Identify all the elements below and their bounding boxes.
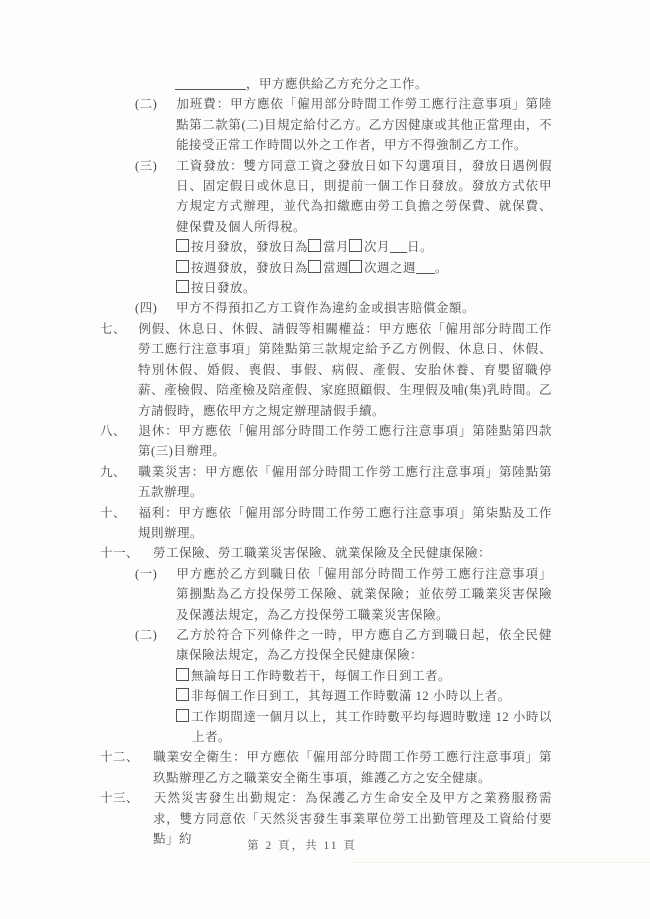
scan-artifact-line	[350, 862, 650, 863]
text-run: 加班費：甲方應依「僱用部分時間工作勞工應行注意事項」第陸點第二款第(二)目規定給…	[176, 97, 552, 152]
clause-no-wage-deduction: (四)甲方不得預扣乙方工資作為違約金或損害賠償金額。	[100, 298, 552, 318]
checkbox-icon	[349, 239, 362, 252]
option-daily-payment: 按日發放。	[100, 278, 552, 298]
checkbox-icon	[176, 239, 189, 252]
item-number-label: 九、	[100, 462, 138, 482]
scanned-contract-page: ，甲方應供給乙方充分之工作。(二)加班費：甲方應依「僱用部分時間工作勞工應行注意…	[0, 0, 650, 919]
text-run: 勞工保險、勞工職業災害保險、就業保險及全民健康保險：	[153, 546, 491, 560]
item-number-label: 七、	[100, 319, 138, 339]
clause-wage-payment: (三)工資發放：雙方同意工資之發放日如下勾選項目，發放日遇例假日、固定假日或休息…	[100, 156, 552, 238]
option-monthly-payment: 按月發放，發放日為當月次月日。	[100, 237, 552, 257]
item-number-label: 十二、	[100, 747, 153, 767]
fill-in-blank	[175, 77, 246, 90]
text-run: 日。	[407, 240, 433, 254]
checkbox-icon	[176, 280, 189, 293]
article-8-retirement: 八、退休：甲方應依「僱用部分時間工作勞工應行注意事項」第陸點第四款第(三)目辦理…	[100, 421, 552, 462]
text-run: 甲方不得預扣乙方工資作為違約金或損害賠償金額。	[176, 301, 475, 315]
item-number-label: (一)	[135, 564, 176, 584]
contract-body: ，甲方應供給乙方充分之工作。(二)加班費：甲方應依「僱用部分時間工作勞工應行注意…	[100, 74, 552, 849]
option-every-workday: 無論每日工作時數若干，每個工作日到工者。	[100, 666, 552, 686]
text-run: 例假、休息日、休假、請假等相關權益：甲方應依「僱用部分時間工作勞工應行注意事項」…	[138, 322, 552, 418]
text-run: 次月	[364, 240, 390, 254]
checkbox-icon	[349, 260, 362, 273]
text-run: 甲方應於乙方到職日依「僱用部分時間工作勞工應行注意事項」第捌點為乙方投保勞工保險…	[176, 567, 552, 622]
item-number-label: 十三、	[100, 788, 153, 808]
text-run: 按週發放，發放日為	[191, 261, 308, 275]
option-one-month-average: 工作期間達一個月以上，其工作時數平均每週時數達 12 小時以上者。	[100, 707, 552, 748]
checkbox-icon	[176, 688, 189, 701]
text-run: 工資發放：雙方同意工資之發放日如下勾選項目，發放日遇例假日、固定假日或休息日，則…	[176, 159, 552, 234]
item-number-label: (三)	[135, 156, 176, 176]
text-run: 次週之週	[364, 261, 416, 275]
text-run: 按月發放，發放日為	[191, 240, 308, 254]
text-run: ，甲方應供給乙方充分之工作。	[246, 77, 428, 91]
checkbox-icon	[176, 709, 189, 722]
checkbox-icon	[308, 239, 321, 252]
text-run: 當月	[323, 240, 349, 254]
text-run: 退休：甲方應依「僱用部分時間工作勞工應行注意事項」第陸點第四款第(三)目辦理。	[138, 424, 552, 458]
clause-labor-insurance: (一)甲方應於乙方到職日依「僱用部分時間工作勞工應行注意事項」第捌點為乙方投保勞…	[100, 564, 552, 625]
text-run: 福利：甲方應依「僱用部分時間工作勞工應行注意事項」第柒點及工作規則辦理。	[138, 506, 552, 540]
item-number-label: (二)	[135, 625, 176, 645]
fill-in-blank	[416, 261, 435, 274]
item-number-label: 十、	[100, 503, 138, 523]
text-run: 工作期間達一個月以上，其工作時數平均每週時數達 12 小時以上者。	[191, 710, 552, 744]
text-run: 。	[435, 261, 448, 275]
checkbox-icon	[176, 668, 189, 681]
article-7-leave-rights: 七、例假、休息日、休假、請假等相關權益：甲方應依「僱用部分時間工作勞工應行注意事…	[100, 319, 552, 421]
checkbox-icon	[176, 260, 189, 273]
page-number-footer: 第 2 頁，共 11 頁	[0, 837, 627, 853]
article-11-insurance: 十一、勞工保險、勞工職業災害保險、就業保險及全民健康保險：	[100, 543, 552, 563]
clause-overtime-pay: (二)加班費：甲方應依「僱用部分時間工作勞工應行注意事項」第陸點第二款第(二)目…	[100, 94, 552, 155]
text-run: 乙方於符合下列條件之一時，甲方應自乙方到職日起，依全民健康保險法規定，為乙方投保…	[176, 628, 552, 662]
text-run: 職業災害：甲方應依「僱用部分時間工作勞工應行注意事項」第陸點第五款辦理。	[138, 465, 552, 499]
opening-continuation-line: ，甲方應供給乙方充分之工作。	[100, 74, 552, 94]
text-run: 職業安全衛生：甲方應依「僱用部分時間工作勞工應行注意事項」第玖點辦理乙方之職業安…	[153, 750, 552, 784]
item-number-label: (二)	[135, 94, 176, 114]
text-run: 按日發放。	[191, 281, 256, 295]
option-weekly-payment: 按週發放，發放日為當週次週之週。	[100, 258, 552, 278]
clause-health-insurance: (二)乙方於符合下列條件之一時，甲方應自乙方到職日起，依全民健康保險法規定，為乙…	[100, 625, 552, 666]
checkbox-icon	[308, 260, 321, 273]
option-12-hours-weekly: 非每個工作日到工，其每週工作時數滿 12 小時以上者。	[100, 686, 552, 706]
text-run: 當週	[323, 261, 349, 275]
text-run: 無論每日工作時數若干，每個工作日到工者。	[191, 669, 451, 683]
article-10-welfare: 十、福利：甲方應依「僱用部分時間工作勞工應行注意事項」第柒點及工作規則辦理。	[100, 503, 552, 544]
fill-in-blank	[390, 240, 407, 253]
article-9-occupational-accident: 九、職業災害：甲方應依「僱用部分時間工作勞工應行注意事項」第陸點第五款辦理。	[100, 462, 552, 503]
item-number-label: (四)	[135, 298, 176, 318]
text-run: 非每個工作日到工，其每週工作時數滿 12 小時以上者。	[191, 689, 511, 703]
article-12-occupational-safety: 十二、職業安全衛生：甲方應依「僱用部分時間工作勞工應行注意事項」第玖點辦理乙方之…	[100, 747, 552, 788]
item-number-label: 八、	[100, 421, 138, 441]
item-number-label: 十一、	[100, 543, 153, 563]
